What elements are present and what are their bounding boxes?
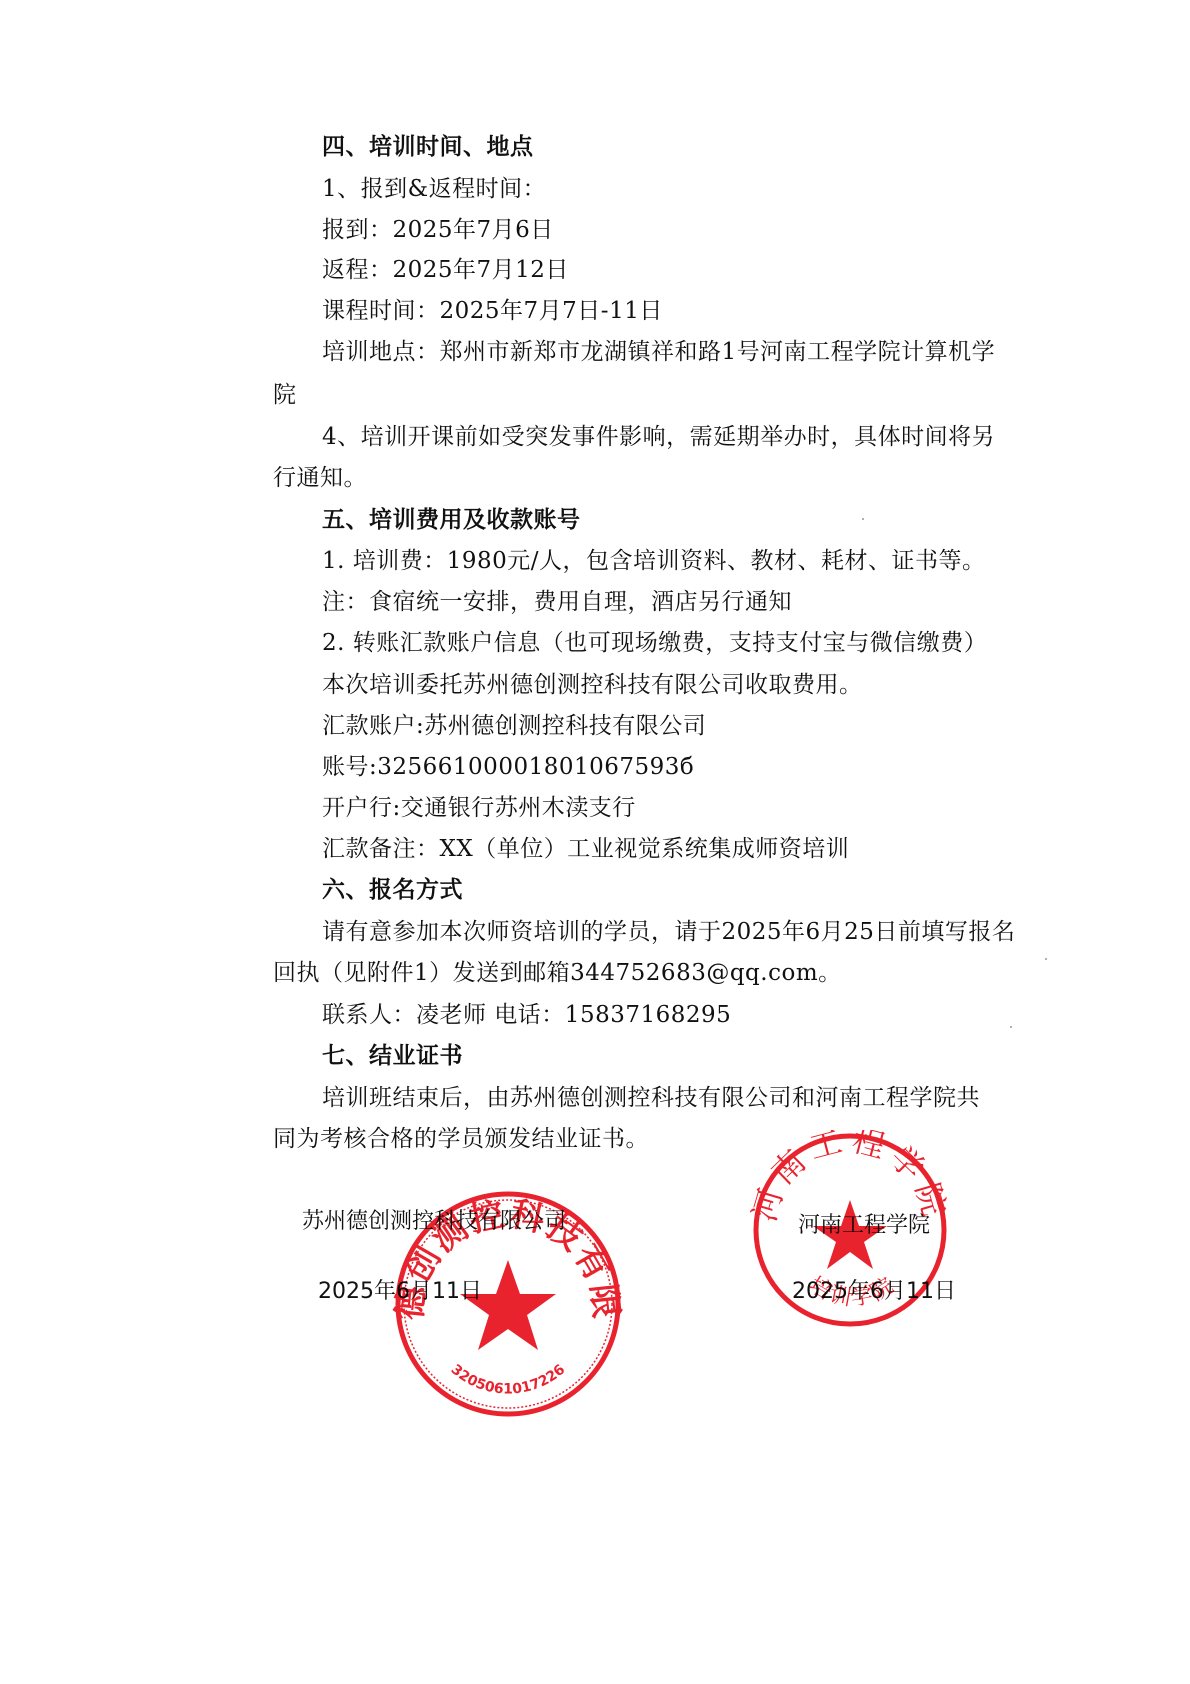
college-seal-stamp: 河南工程学院 培训学院 bbox=[750, 1130, 950, 1330]
training-location-line2: 院 bbox=[273, 380, 297, 410]
transfer-info: 2. 转账汇款账户信息（也可现场缴费，支持支付宝与微信缴费） bbox=[322, 628, 987, 658]
star-icon bbox=[460, 1260, 556, 1350]
checkin-date: 报到：2025年7月6日 bbox=[322, 215, 554, 245]
training-location-line1: 培训地点：郑州市新郑市龙湖镇祥和路1号河南工程学院计算机学 bbox=[322, 337, 995, 367]
company-seal-stamp: 苏州德创测控科技有限公司 3205061017226 bbox=[392, 1188, 624, 1420]
account-number: 账号:32566100001801067593б bbox=[322, 752, 694, 782]
star-icon bbox=[813, 1200, 887, 1269]
entrust-statement: 本次培训委托苏州德创测控科技有限公司收取费用。 bbox=[322, 670, 863, 700]
registration-line1: 请有意参加本次师资培训的学员，请于2025年6月25日前填写报名 bbox=[322, 917, 1015, 947]
remittance-remark: 汇款备注：XX（单位）工业视觉系统集成师资培训 bbox=[322, 834, 849, 864]
certificate-line1: 培训班结束后，由苏州德创测控科技有限公司和河南工程学院共 bbox=[322, 1083, 980, 1113]
svg-text:3205061017226: 3205061017226 bbox=[448, 1362, 569, 1398]
bank-branch: 开户行:交通银行苏州木渎支行 bbox=[322, 793, 636, 823]
section-heading-registration: 六、报名方式 bbox=[322, 875, 463, 905]
postpone-note-line2: 行通知。 bbox=[273, 463, 367, 493]
contact-info: 联系人：凌老师 电话：15837168295 bbox=[322, 1000, 731, 1030]
svg-text:培训学院: 培训学院 bbox=[804, 1272, 899, 1311]
course-time: 课程时间：2025年7月7日-11日 bbox=[322, 296, 663, 326]
account-name: 汇款账户:苏州德创测控科技有限公司 bbox=[322, 711, 706, 741]
section-heading-time-location: 四、培训时间、地点 bbox=[322, 132, 534, 162]
document-page: 四、培训时间、地点 1、报到&返程时间： 报到：2025年7月6日 返程：202… bbox=[0, 0, 1190, 1684]
certificate-line2: 同为考核合格的学员颁发结业证书。 bbox=[273, 1124, 649, 1154]
section-heading-certificate: 七、结业证书 bbox=[322, 1041, 463, 1071]
postpone-note-line1: 4、培训开课前如受突发事件影响，需延期举办时，具体时间将另 bbox=[322, 422, 995, 452]
scan-speck bbox=[862, 518, 864, 520]
accommodation-note: 注：食宿统一安排，费用自理，酒店另行通知 bbox=[322, 587, 792, 617]
training-fee: 1. 培训费：1980元/人，包含培训资料、教材、耗材、证书等。 bbox=[322, 546, 986, 576]
checkin-return-label: 1、报到&返程时间： bbox=[322, 174, 546, 204]
college-seal-inner-text: 培训学院 bbox=[804, 1272, 899, 1311]
scan-speck bbox=[1045, 958, 1047, 960]
section-heading-fees: 五、培训费用及收款账号 bbox=[322, 505, 581, 535]
company-seal-number: 3205061017226 bbox=[448, 1362, 569, 1398]
return-date: 返程：2025年7月12日 bbox=[322, 255, 569, 285]
registration-line2: 回执（见附件1）发送到邮箱344752683@qq.com。 bbox=[273, 958, 842, 988]
scan-speck bbox=[1010, 1026, 1012, 1028]
